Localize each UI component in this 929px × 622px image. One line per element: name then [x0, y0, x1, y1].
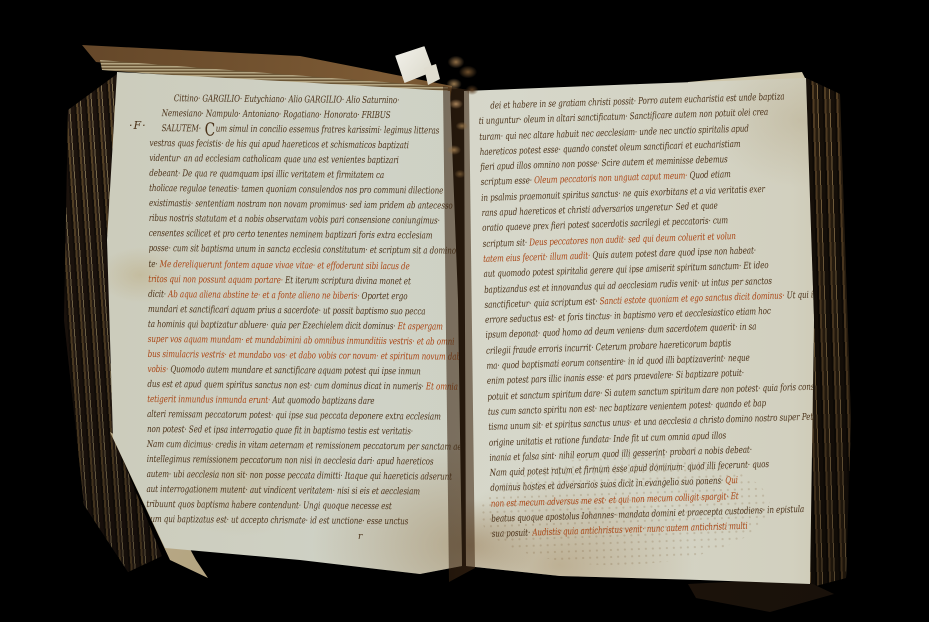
rubric-text-run: tetigerit inmundus inmunda erunt· [147, 394, 272, 406]
ink-text-run: ta hominis qui baptizatur abluere· quia … [148, 319, 398, 332]
rubric-text-run: Ab aqua aliena abstine te· et a fonte al… [168, 289, 361, 302]
ink-text-run: autem· ubi aecclesia non sit· non posse … [147, 469, 452, 483]
ink-text-run: scriptum esse· [481, 176, 535, 189]
ink-text-run: tholicae regulae teneatis· tamen quoniam… [149, 183, 443, 197]
rubric-text-run: super vos aquam mundam· et mundabimini a… [148, 334, 455, 348]
ink-text-run: dus est et apud quem spiritus sanctus no… [147, 379, 426, 392]
ink-text-run: dicit· [148, 289, 168, 300]
rubric-text-run: Et aspergam [398, 321, 443, 332]
ink-text-run: aut interrogationem mutent· aut vindicen… [146, 484, 420, 497]
ink-text-run: mundari et sanctificari aquam prius a sa… [148, 304, 425, 317]
ink-text-run: tribuunt quos baptisma habere contendunt… [146, 499, 391, 512]
ink-text-run: videntur· an ad ecclesiam catholicam qua… [149, 153, 398, 166]
ink-text-run: intellegimus remissionem peccatorum non … [147, 454, 434, 468]
rubric-text-run: tritos qui non possunt aquam portare· [148, 274, 285, 286]
ink-text-run: non potest· Sed et ipsa interrogatio qua… [147, 424, 413, 437]
rubric-text-run: bus simulacris vestris· et mundabo vos· … [148, 349, 474, 363]
left-margin-mark: ·F· [129, 119, 147, 132]
ink-text-run: Quod etiam [689, 170, 730, 182]
quire-signature: r [358, 532, 362, 542]
ink-text-run: existimastis· sententiam nostram non nov… [149, 198, 453, 212]
sewing-cords [444, 92, 476, 192]
rubric-text-run: Qui [725, 475, 738, 486]
ink-text-run: censentes scilicet et pro certo tenentes… [149, 228, 433, 241]
ink-text-run: Nemesiano· Nampulo· Antoniano· Rogatiano… [162, 108, 391, 121]
ink-text-run: sanctificetur· quia scriptum est· [484, 296, 599, 311]
ink-text-run: alteri remissam peccatorum potest· qui i… [147, 409, 441, 423]
right-page-text: dei et habere in se gratiam christi poss… [478, 82, 929, 539]
ink-text-run: debeant· De qua re quamquam ipsi illic v… [149, 168, 384, 181]
headband-knot [440, 48, 488, 96]
ink-text-run: SALUTEM· [162, 123, 204, 134]
ink-text-run: Et iterum scriptura divina monet et [285, 275, 411, 287]
ink-text-run: te· [148, 259, 159, 270]
ink-text-run: C [205, 124, 216, 137]
ink-text-run: eum qui baptizatus est· ut accepto chris… [146, 514, 408, 527]
ink-text-run: Quomodo autem mundare et sanctificare aq… [170, 364, 420, 377]
rubric-text-run: tatem eius fecerit· illum audit· [483, 250, 593, 264]
ink-text-run: posse· cum sit baptisma unum in sancta e… [149, 243, 478, 257]
ink-text-run: vestras quas fecistis· de his qui apud h… [149, 138, 408, 151]
ink-text-run: sua posuit· [492, 528, 533, 540]
ink-text-run: Aut quomodo baptizans dare [272, 395, 374, 407]
manuscript-photo: ·F· Cittino· GARGILIO· Eutychiano· Alio … [0, 0, 929, 622]
ink-text-run: scriptum sit· [482, 237, 529, 249]
ink-text-run: Oportet ergo [362, 290, 408, 301]
ink-text-run: Nam cum dicimus· credis in vitam aeterna… [147, 439, 495, 453]
ink-text-run: ribus nostris statutam et a nobis observ… [149, 213, 440, 227]
ink-text-run: um simul in concilio essemus fratres kar… [216, 124, 440, 137]
rubric-text-run: vobis· [147, 364, 170, 375]
ink-text-run: Cittino· GARGILIO· Eutychiano· Alio GARG… [174, 93, 400, 106]
rubric-text-run: Me dereliquerunt fontem aquae vivae vita… [160, 259, 410, 272]
